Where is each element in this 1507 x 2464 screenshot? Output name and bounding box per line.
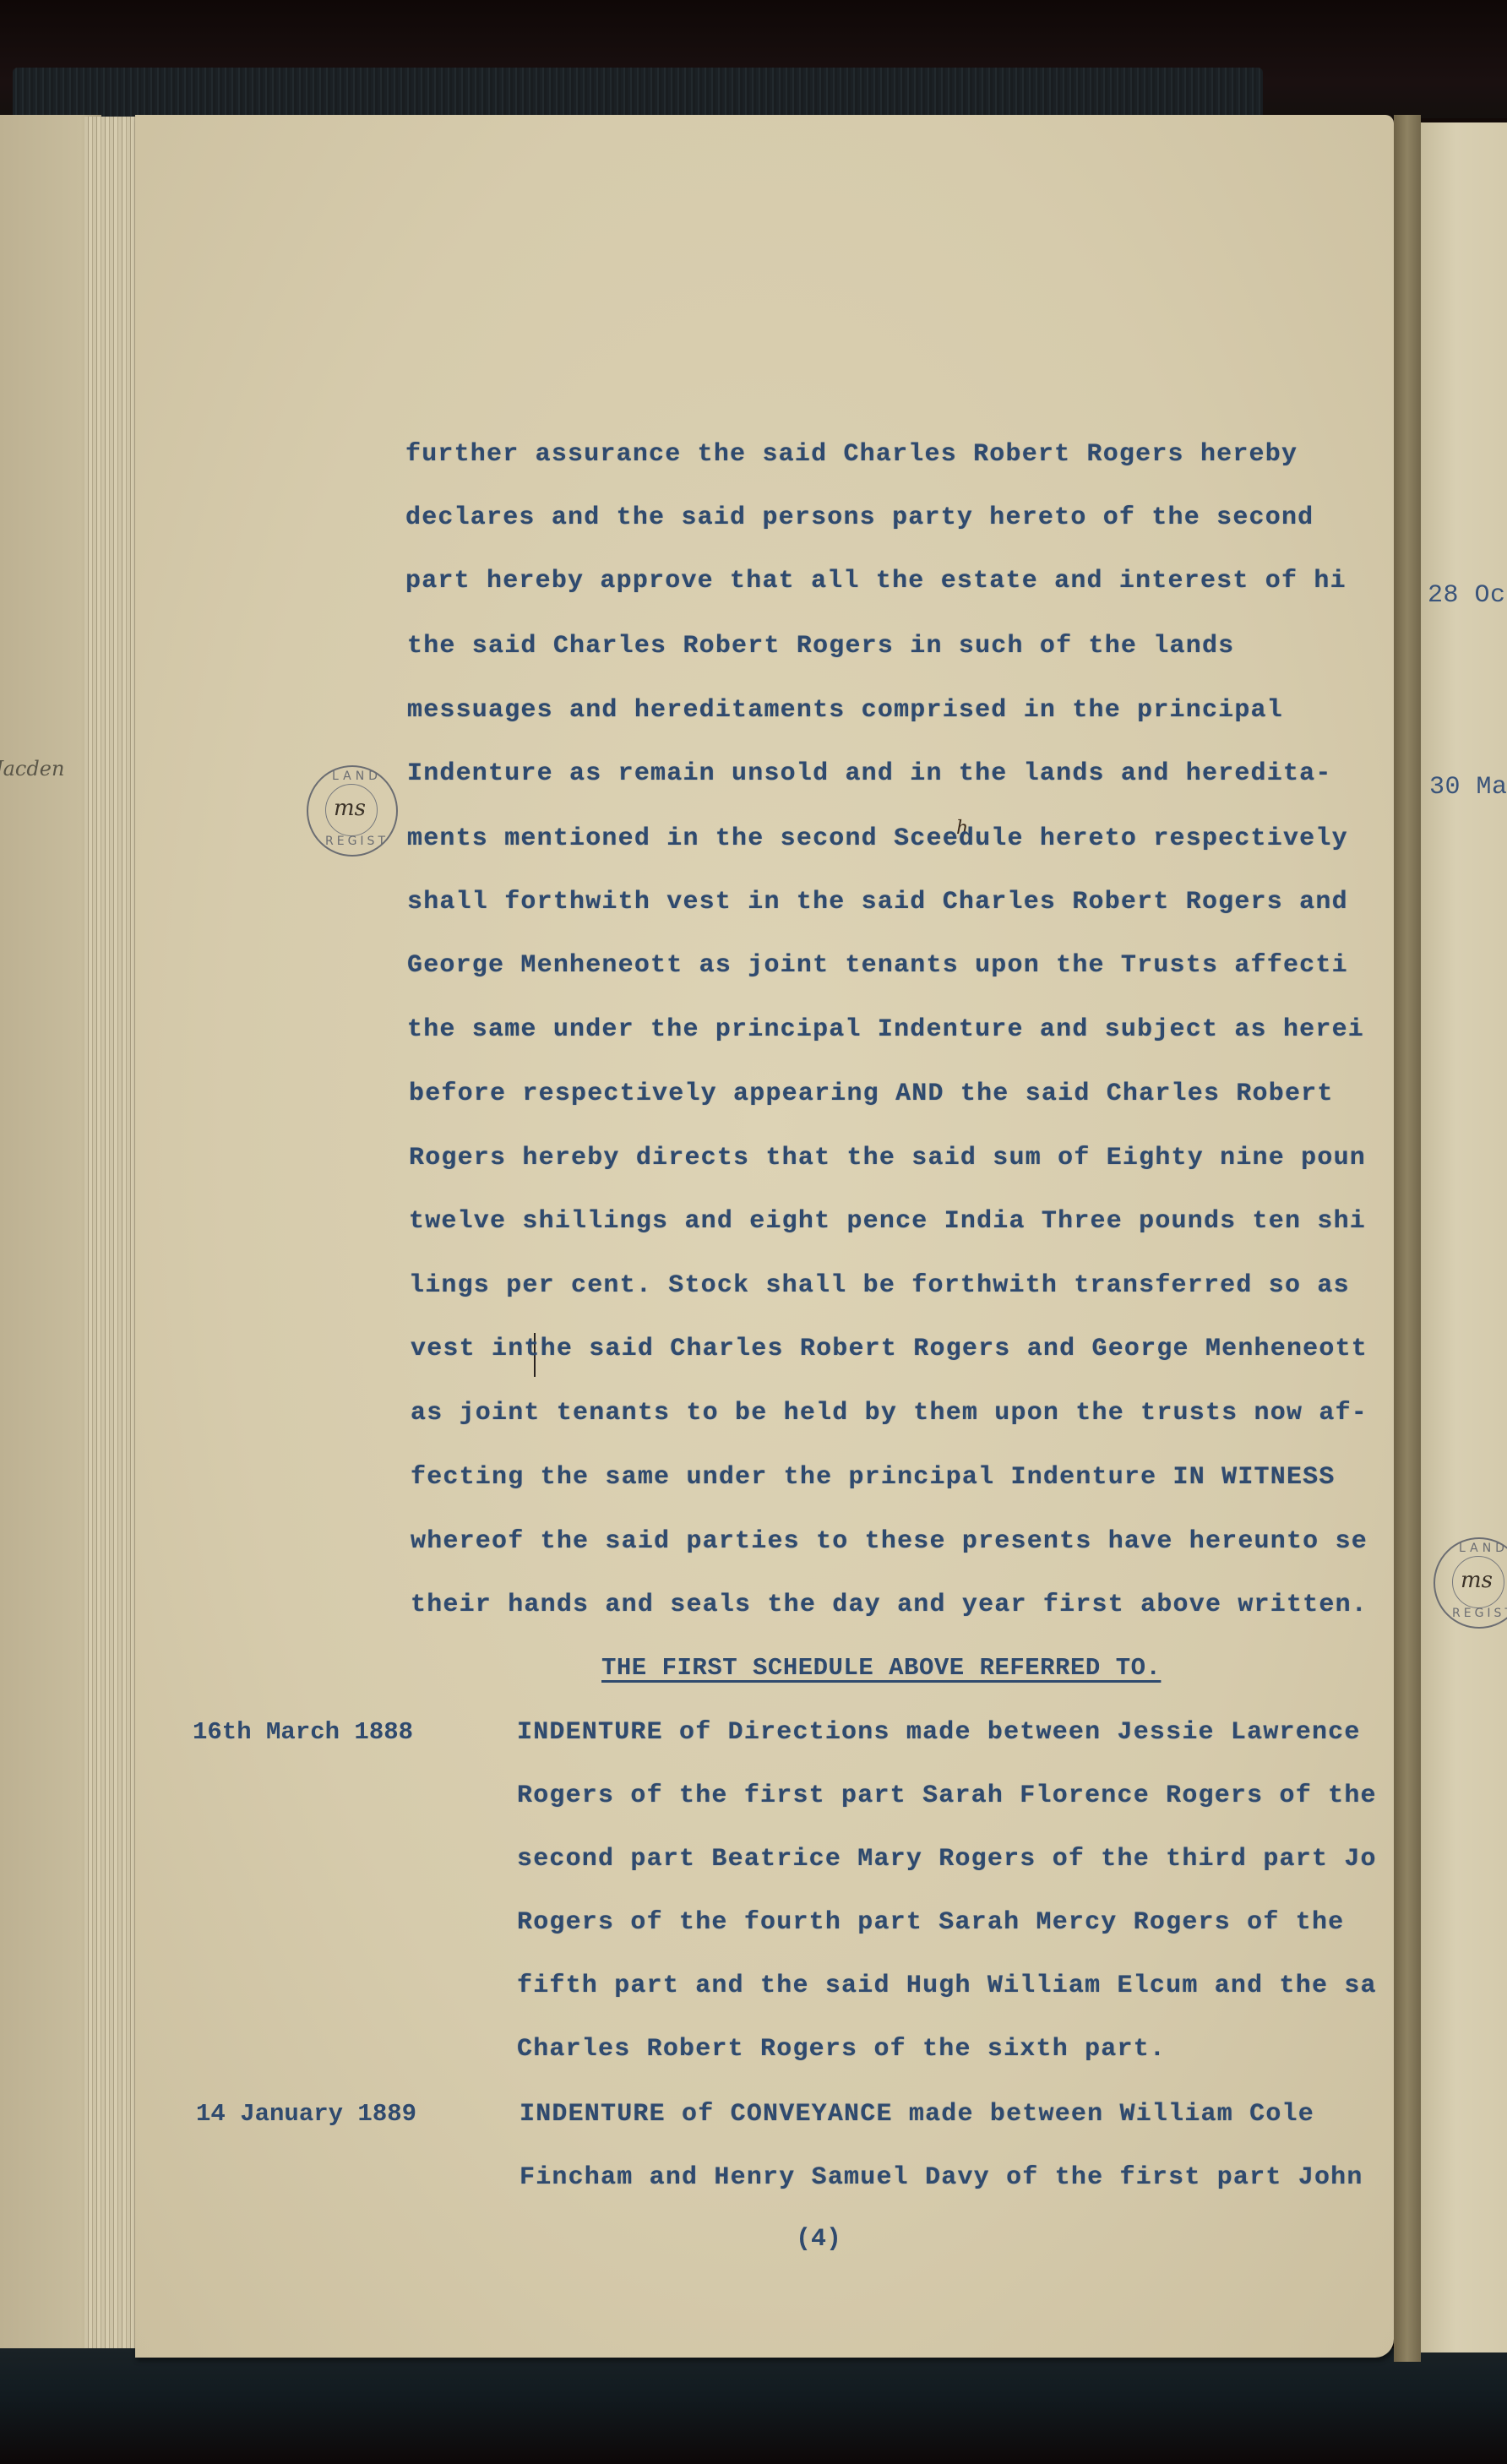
body-line: vest inthe said Charles Robert Rogers an… [411,1335,1368,1363]
next-page-date: 30 Ma [1429,773,1507,802]
book-gutter [1394,115,1421,2362]
body-line: Indenture as remain unsold and in the la… [407,759,1332,788]
body-line: as joint tenants to be held by them upon… [411,1399,1368,1428]
land-registry-stamp: LAND ms REGIST [307,765,398,857]
body-line: further assurance the said Charles Rober… [405,440,1298,469]
schedule-entry-date: 16th March 1888 [193,1718,413,1746]
stamp-bottom-text: REGIST [325,835,389,848]
schedule-entry-line: Rogers of the first part Sarah Florence … [517,1781,1377,1810]
schedule-entry-date: 14 January 1889 [196,2100,416,2128]
body-line: part hereby approve that all the estate … [405,567,1347,596]
body-line: the same under the principal Indenture a… [407,1015,1364,1044]
book-spine-top [13,68,1263,118]
body-line: shall forthwith vest in the said Charles… [407,888,1348,917]
pencil-margin-note: Jacden [0,757,64,781]
body-line: twelve shillings and eight pence India T… [409,1207,1366,1236]
body-line: George Menheneott as joint tenants upon … [407,951,1348,980]
page-number: (4) [796,2225,841,2254]
land-registry-stamp-next-page: LAND ms REGIST [1434,1537,1507,1629]
stamp-top-text: LAND [1459,1542,1507,1555]
next-page: 28 Oc 30 Ma LAND ms REGIST [1421,122,1507,2352]
next-page-date: 28 Oc [1428,581,1506,610]
body-line: declares and the said persons party here… [405,503,1314,532]
stamp-bottom-text: REGIST [1452,1607,1507,1620]
body-line: before respectively appearing AND the sa… [409,1080,1334,1108]
body-line: messuages and hereditaments comprised in… [407,696,1283,725]
book-cover-bottom [0,2348,1507,2464]
body-line: ments mentioned in the second Sceedule h… [407,824,1348,853]
stamp-initials: ms [1461,1568,1493,1593]
body-line: Rogers hereby directs that the said sum … [409,1144,1366,1172]
schedule-entry-line: Charles Robert Rogers of the sixth part. [517,2035,1166,2064]
schedule-entry-line: INDENTURE of Directions made between Jes… [517,1718,1361,1747]
schedule-entry-line: Rogers of the fourth part Sarah Mercy Ro… [517,1908,1344,1937]
schedule-entry-line: Fincham and Henry Samuel Davy of the fir… [520,2163,1363,2192]
body-line: their hands and seals the day and year f… [411,1591,1368,1619]
stamp-top-text: LAND [332,770,382,783]
body-line: the said Charles Robert Rogers in such o… [407,632,1234,661]
schedule-entry-line: second part Beatrice Mary Rogers of the … [517,1845,1377,1874]
schedule-entry-line: INDENTURE of CONVEYANCE made between Wil… [520,2100,1314,2129]
stamp-initials: ms [334,796,366,821]
body-line: fecting the same under the principal Ind… [411,1463,1336,1492]
schedule-entry-line: fifth part and the said Hugh William Elc… [517,1972,1377,2000]
schedule-heading: THE FIRST SCHEDULE ABOVE REFERRED TO. [601,1654,1161,1682]
body-line: whereof the said parties to these presen… [411,1527,1368,1556]
body-line: lings per cent. Stock shall be forthwith… [409,1271,1350,1300]
document-page: further assurance the said Charles Rober… [135,115,1394,2358]
